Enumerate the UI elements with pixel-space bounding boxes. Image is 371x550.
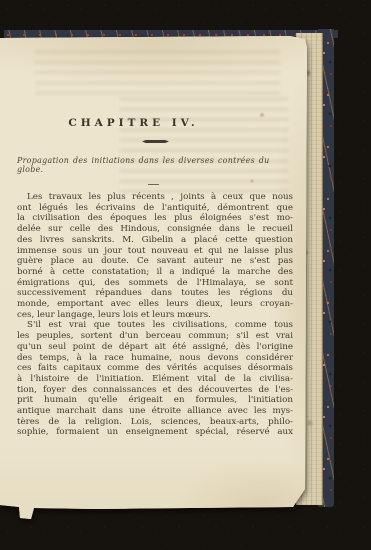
text-line: ont légués les écrivains de l'antiquité,… xyxy=(17,203,293,214)
text-line: les peuples, sortent d'un berceau commun… xyxy=(17,331,293,342)
text-line: la civilisation des époques les plus élo… xyxy=(17,213,293,224)
page-layer: CHAPITRE IV. Propagation des initiations… xyxy=(0,0,371,550)
text-line: tion, foyer des connaissances et des déc… xyxy=(17,385,293,396)
text-line: tères de la religion. Lois, sciences, be… xyxy=(17,417,293,428)
text-line: prit humain qu'elle érigeait en formules… xyxy=(17,395,293,406)
text-line: Les travaux les plus récents , joints à … xyxy=(17,192,293,203)
text-line: qu'un seul point de départ ait été assig… xyxy=(17,342,293,353)
paragraph: S'il est vrai que toutes les civilisatio… xyxy=(17,320,293,438)
text-line: S'il est vrai que toutes les civilisatio… xyxy=(17,320,293,331)
body-text: Les travaux les plus récents , joints à … xyxy=(17,192,293,438)
bleed-through-text xyxy=(120,97,288,193)
text-line: antique marchait dans une étroite allian… xyxy=(17,406,293,417)
text-line: ces faits capitaux comme des vérités acq… xyxy=(17,363,293,374)
text-line: des temps, à la race humaine, nous devon… xyxy=(17,353,293,364)
text-line: guère place au doute. Ce savant auteur n… xyxy=(17,256,293,267)
text-line: des livres sanskrits. M. Gibelin a placé… xyxy=(17,235,293,246)
text-line: émigrations qui, des sommets de l'Himala… xyxy=(17,278,293,289)
subtitle-dash-icon xyxy=(148,184,159,185)
book-page: CHAPITRE IV. Propagation des initiations… xyxy=(0,35,307,521)
paragraph: Les travaux les plus récents , joints à … xyxy=(17,192,293,320)
bleed-through-text xyxy=(35,50,280,96)
heading-ornament-rule-icon xyxy=(142,140,169,143)
text-line: ces, leur langage, leurs lois et leurs m… xyxy=(17,310,293,321)
text-line: à l'histoire de l'initiation. Elément vi… xyxy=(17,374,293,385)
text-line: immense sous un jour tout nouveau et qui… xyxy=(17,246,293,257)
text-line: borné à cette constatation; il a indiqué… xyxy=(17,267,293,278)
text-line: delée sur celle des Hindous, consignée d… xyxy=(17,224,293,235)
text-line: successivement répandues dans toutes les… xyxy=(17,288,293,299)
book-scan-photo: CHAPITRE IV. Propagation des initiations… xyxy=(0,0,371,550)
chapter-subtitle: Propagation des initiations dans les div… xyxy=(17,156,295,174)
chapter-heading: CHAPITRE IV. xyxy=(0,117,267,129)
text-line: sophie, formaient un enseignement spécia… xyxy=(17,427,293,438)
text-line: monde, emportant avec elles leurs dieux,… xyxy=(17,299,293,310)
